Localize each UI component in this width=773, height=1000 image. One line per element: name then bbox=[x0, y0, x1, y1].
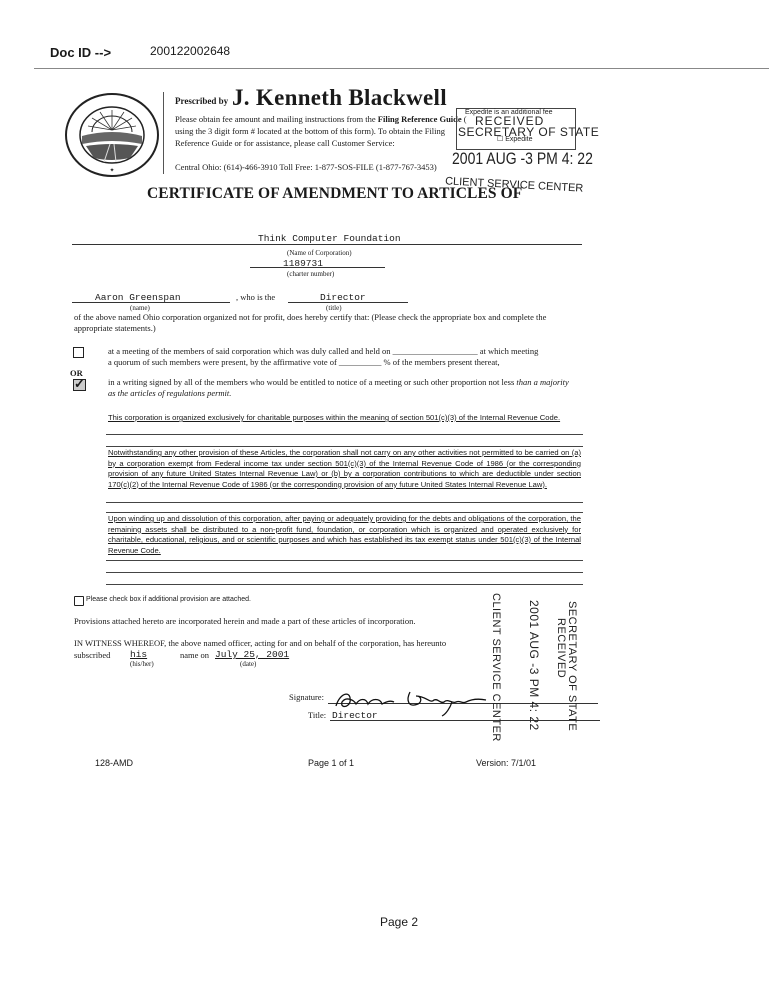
writing-option-text: in a writing signed by all of the member… bbox=[108, 377, 578, 399]
official-name: J. Kenneth Blackwell bbox=[232, 85, 447, 111]
date-vertical-stamp: 2001 AUG -3 PM 4: 22 bbox=[527, 600, 541, 731]
certify-text: of the above named Ohio corporation orga… bbox=[74, 312, 584, 334]
instructions-text: Please obtain fee amount and mailing ins… bbox=[175, 114, 378, 124]
signature-title-label: Title: bbox=[308, 710, 326, 720]
corporation-name: Think Computer Foundation bbox=[258, 233, 401, 244]
amendment-paragraph-3: Upon winding up and dissolution of this … bbox=[108, 514, 581, 556]
amendment-rule bbox=[106, 560, 583, 561]
client-service-vertical-stamp: CLIENT SERVICE CENTER bbox=[490, 593, 502, 742]
expedite-label: Expedite bbox=[505, 136, 532, 143]
signature-date: July 25, 2001 bbox=[215, 649, 289, 660]
officer-title: Director bbox=[320, 292, 366, 303]
charter-number: 1189731 bbox=[283, 258, 323, 269]
meeting-option-checkbox[interactable] bbox=[73, 347, 84, 358]
title-line bbox=[330, 720, 600, 721]
witness-text: IN WITNESS WHEREOF, the above named offi… bbox=[74, 638, 446, 648]
charter-number-label: (charter number) bbox=[287, 270, 334, 278]
page-of: Page 1 of 1 bbox=[308, 758, 354, 768]
amendment-paragraph-2: Notwithstanding any other provision of t… bbox=[108, 448, 581, 490]
amendment-rule bbox=[106, 572, 583, 573]
amendment-rule bbox=[106, 446, 583, 447]
form-number: 128-AMD bbox=[95, 758, 133, 768]
header-divider bbox=[34, 68, 769, 69]
date-label: (date) bbox=[240, 660, 256, 668]
his-her-label: (his/her) bbox=[130, 660, 154, 668]
phone-numbers: Central Ohio: (614)-466-3910 Toll Free: … bbox=[175, 162, 437, 172]
corp-name-line bbox=[72, 244, 582, 245]
signature-label: Signature: bbox=[289, 692, 324, 702]
svg-text:✦: ✦ bbox=[109, 167, 114, 174]
officer-name: Aaron Greenspan bbox=[95, 292, 181, 303]
who-is-the-text: , who is the bbox=[236, 292, 275, 302]
page-number: Page 2 bbox=[380, 915, 418, 929]
additional-provisions-note: Please check box if additional provision… bbox=[86, 596, 251, 603]
amendment-rule bbox=[106, 434, 583, 435]
amendment-rule bbox=[106, 502, 583, 503]
provisions-text: Provisions attached hereto are incorpora… bbox=[74, 616, 416, 626]
meeting-option-line-1: at a meeting of the members of said corp… bbox=[108, 346, 538, 356]
amendment-rule bbox=[106, 512, 583, 513]
title-label: (title) bbox=[326, 304, 342, 312]
pronoun-value: his bbox=[130, 649, 147, 660]
seal-divider bbox=[163, 92, 164, 174]
ohio-seal-icon: ✦ bbox=[64, 92, 160, 178]
checkmark-icon: ✓ bbox=[74, 376, 85, 391]
secretary-vertical-stamp: SECRETARY OF STATE bbox=[566, 601, 578, 731]
doc-id-label: Doc ID --> bbox=[50, 45, 111, 60]
name-on-label: name on bbox=[180, 650, 209, 660]
received-date-stamp: 2001 AUG -3 PM 4: 22 bbox=[452, 148, 593, 167]
form-version: Version: 7/1/01 bbox=[476, 758, 536, 768]
writing-option-main: in a writing signed by all of the member… bbox=[108, 377, 516, 387]
amendment-paragraph-1: This corporation is organized exclusivel… bbox=[108, 413, 581, 424]
filing-reference-guide: Filing Reference Guide bbox=[378, 114, 462, 124]
writing-option-checkbox[interactable]: ✓ bbox=[73, 379, 86, 391]
amendment-rule bbox=[106, 584, 583, 585]
subscribed-label: subscribed bbox=[74, 650, 110, 660]
filing-instructions: Please obtain fee amount and mailing ins… bbox=[175, 113, 475, 149]
additional-provisions-checkbox[interactable] bbox=[74, 596, 84, 606]
expedite-checkbox-label: ☐ Expedite bbox=[497, 135, 532, 143]
prescribed-by-label: Prescribed by bbox=[175, 96, 228, 106]
name-label: (name) bbox=[130, 304, 150, 312]
doc-id-value: 200122002648 bbox=[150, 44, 230, 58]
form-title: CERTIFICATE OF AMENDMENT TO ARTICLES OF bbox=[147, 185, 522, 203]
meeting-option-line-2: a quorum of such members were present, b… bbox=[108, 357, 500, 367]
corp-name-label: (Name of Corporation) bbox=[287, 249, 352, 257]
